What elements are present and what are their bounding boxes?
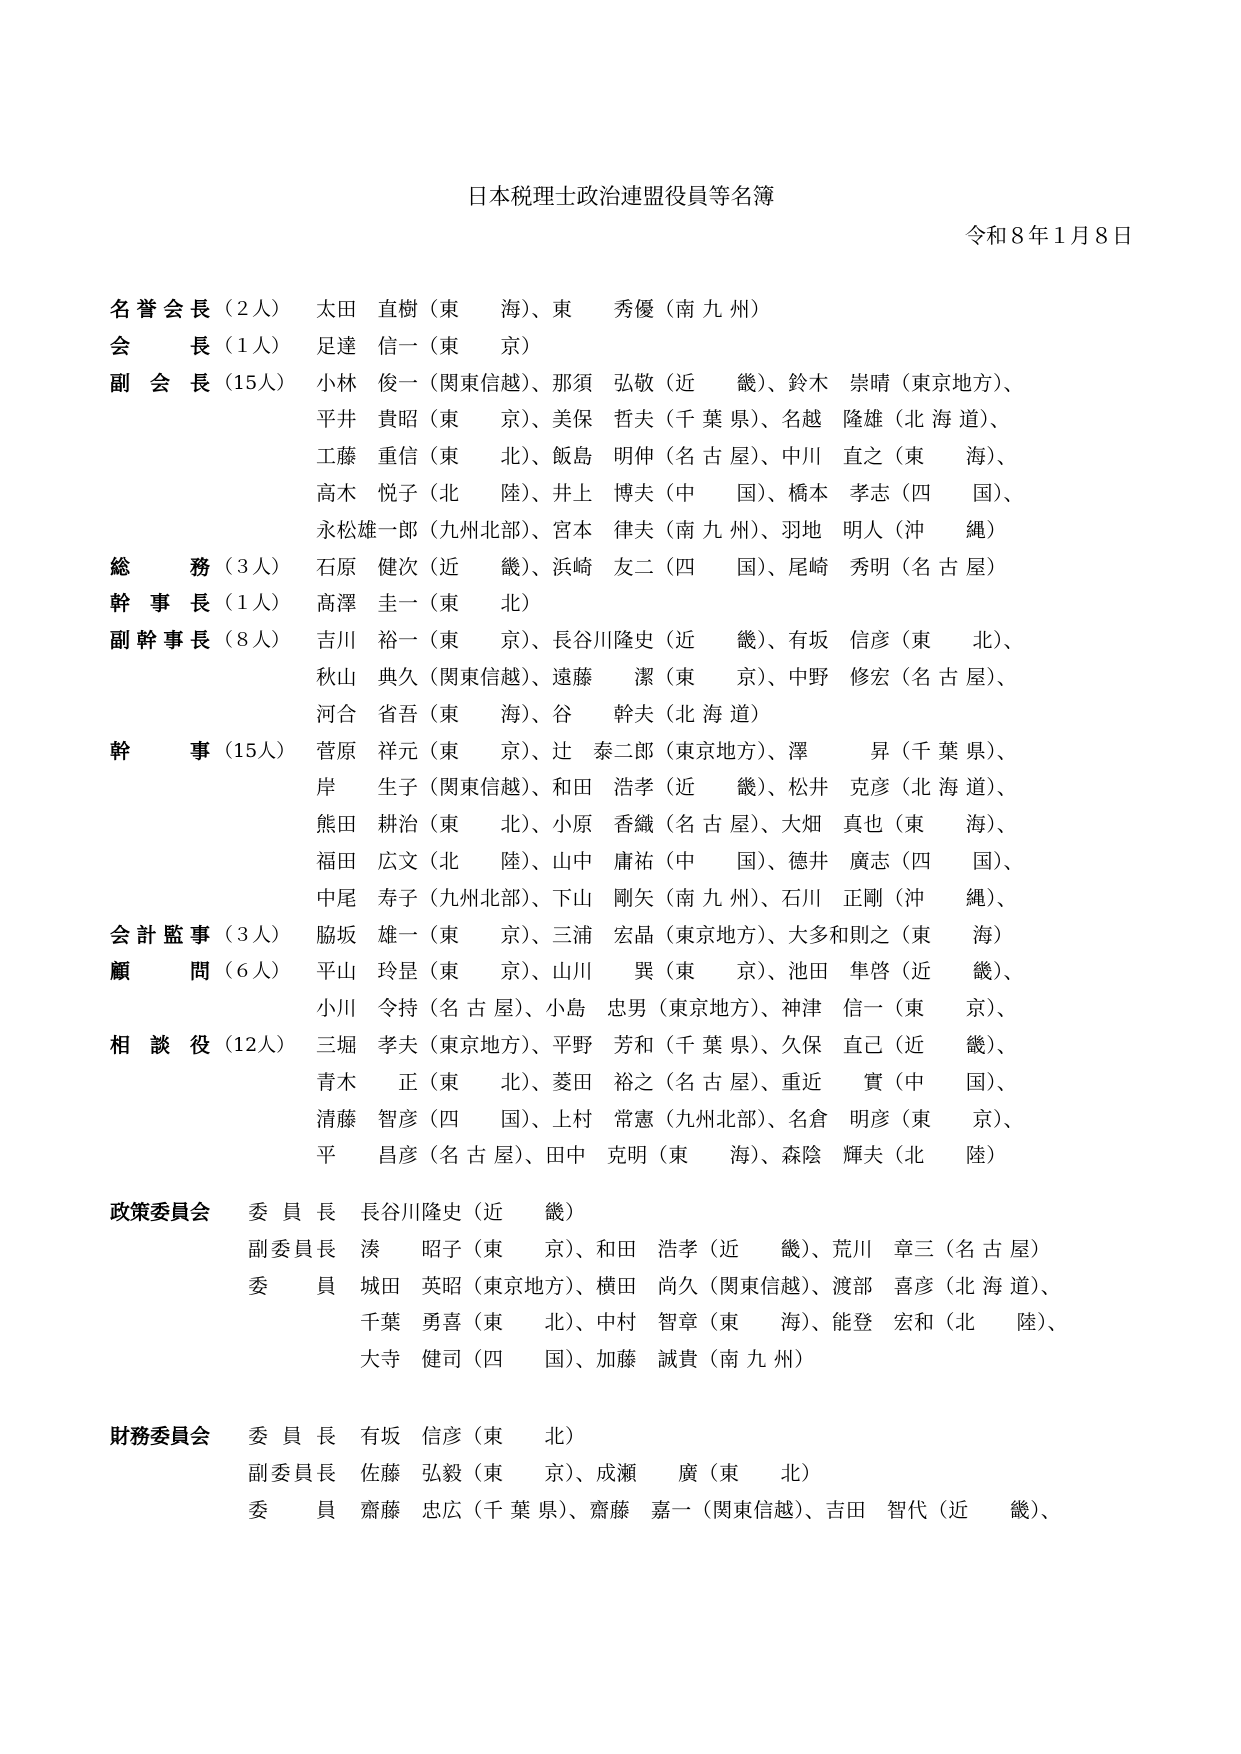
officer-row: 永松雄一郎（九州北部）、宮本 律夫（南 九 州）、羽地 明人（沖 縄） [110,512,1150,549]
officer-row: 会長（１人）足達 信一（東 京） [110,328,1150,365]
committee-members: 齋藤 忠広（千 葉 県）、齋藤 嘉一（関東信越）、吉田 智代（近 畿）、 [360,1492,1061,1529]
committee-name: 政策委員会 [110,1194,220,1231]
committee-members: 佐藤 弘毅（東 京）、成瀬 廣（東 北） [360,1455,822,1492]
officer-members: 小林 俊一（関東信越）、那須 弘敬（近 畿）、鈴木 崇晴（東京地方）、 [316,365,1024,402]
officer-members: 太田 直樹（東 海）、東 秀優（南 九 州） [316,291,771,328]
officer-members: 石原 健次（近 畿）、浜崎 友二（四 国）、尾崎 秀明（名 古 屋） [316,549,1007,586]
officer-members: 中尾 寿子（九州北部）、下山 剛矢（南 九 州）、石川 正剛（沖 縄）、 [316,880,1017,917]
committee-role: 委員長 [248,1194,336,1231]
committee-role: 副委員長 [248,1455,336,1492]
committee-row: 大寺 健司（四 国）、加藤 誠貴（南 九 州） [110,1341,1150,1378]
officer-role: 総務 [110,549,210,586]
committee-row: 委員齋藤 忠広（千 葉 県）、齋藤 嘉一（関東信越）、吉田 智代（近 畿）、 [110,1492,1150,1529]
officer-role: 幹事 [110,733,210,770]
officer-row: 岸 生子（関東信越）、和田 浩孝（近 畿）、松井 克彦（北 海 道）、 [110,769,1150,806]
officer-row: 清藤 智彦（四 国）、上村 常憲（九州北部）、名倉 明彦（東 京）、 [110,1101,1150,1138]
officer-role: 名誉会長 [110,291,210,328]
committee-role: 委員 [248,1268,336,1305]
document-title: 日本税理士政治連盟役員等名簿 [0,180,1241,211]
officer-row: 河合 省吾（東 海）、谷 幹夫（北 海 道） [110,696,1150,733]
officer-row: 相談役（12人）三堀 孝夫（東京地方）、平野 芳和（千 葉 県）、久保 直己（近… [110,1027,1150,1064]
officer-role: 会計監事 [110,917,210,954]
officer-members: 秋山 典久（関東信越）、遠藤 潔（東 京）、中野 修宏（名 古 屋）、 [316,659,1017,696]
officer-members: 髙澤 圭一（東 北） [316,585,542,622]
officer-members: 平 昌彦（名 古 屋）、田中 克明（東 海）、森陰 輝夫（北 陸） [316,1137,1007,1174]
officer-role: 顧問 [110,953,210,990]
officer-members: 清藤 智彦（四 国）、上村 常憲（九州北部）、名倉 明彦（東 京）、 [316,1101,1024,1138]
officer-members: 熊田 耕治（東 北）、小原 香織（名 古 屋）、大畑 真也（東 海）、 [316,806,1017,843]
officer-row: 平 昌彦（名 古 屋）、田中 克明（東 海）、森陰 輝夫（北 陸） [110,1137,1150,1174]
officer-count: （６人） [214,953,290,990]
officer-row: 幹事（15人）菅原 祥元（東 京）、辻 泰二郎（東京地方）、澤 昇（千 葉 県）… [110,733,1150,770]
officer-role: 副会長 [110,365,210,402]
officer-row: 幹事長（１人）髙澤 圭一（東 北） [110,585,1150,622]
officer-row: 工藤 重信（東 北）、飯島 明伸（名 古 屋）、中川 直之（東 海）、 [110,438,1150,475]
officer-role: 相談役 [110,1027,210,1064]
officer-roster: 名誉会長（２人）太田 直樹（東 海）、東 秀優（南 九 州）会長（１人）足達 信… [110,291,1150,1174]
officer-members: 平山 玲昰（東 京）、山川 巽（東 京）、池田 隼啓（近 畿）、 [316,953,1024,990]
officer-members: 菅原 祥元（東 京）、辻 泰二郎（東京地方）、澤 昇（千 葉 県）、 [316,733,1017,770]
officer-members: 岸 生子（関東信越）、和田 浩孝（近 畿）、松井 克彦（北 海 道）、 [316,769,1017,806]
officer-members: 河合 省吾（東 海）、谷 幹夫（北 海 道） [316,696,771,733]
officer-row: 名誉会長（２人）太田 直樹（東 海）、東 秀優（南 九 州） [110,291,1150,328]
officer-count: （８人） [214,622,290,659]
committee-row: 千葉 勇喜（東 北）、中村 智章（東 海）、能登 宏和（北 陸）、 [110,1304,1150,1341]
officer-role: 会長 [110,328,210,365]
officer-role: 幹事長 [110,585,210,622]
officer-row: 秋山 典久（関東信越）、遠藤 潔（東 京）、中野 修宏（名 古 屋）、 [110,659,1150,696]
committee-row: 副委員長佐藤 弘毅（東 京）、成瀬 廣（東 北） [110,1455,1150,1492]
officer-count: （１人） [214,585,290,622]
officer-members: 平井 貴昭（東 京）、美保 哲夫（千 葉 県）、名越 隆雄（北 海 道）、 [316,401,1010,438]
officer-row: 顧問（６人）平山 玲昰（東 京）、山川 巽（東 京）、池田 隼啓（近 畿）、 [110,953,1150,990]
officer-row: 小川 令持（名 古 屋）、小島 忠男（東京地方）、神津 信一（東 京）、 [110,990,1150,1027]
officer-members: 青木 正（東 北）、菱田 裕之（名 古 屋）、重近 實（中 国）、 [316,1064,1017,1101]
officer-members: 永松雄一郎（九州北部）、宮本 律夫（南 九 州）、羽地 明人（沖 縄） [316,512,1007,549]
committee-block: 財務委員会委員長有坂 信彦（東 北）副委員長佐藤 弘毅（東 京）、成瀬 廣（東 … [110,1418,1150,1528]
committee-row: 財務委員会委員長有坂 信彦（東 北） [110,1418,1150,1455]
committee-role: 委員 [248,1492,336,1529]
officer-row: 会計監事（３人）脇坂 雄一（東 京）、三浦 宏晶（東京地方）、大多和則之（東 海… [110,917,1150,954]
committee-block: 政策委員会委員長長谷川隆史（近 畿）副委員長湊 昭子（東 京）、和田 浩孝（近 … [110,1194,1150,1378]
committee-name: 財務委員会 [110,1418,220,1455]
officer-row: 中尾 寿子（九州北部）、下山 剛矢（南 九 州）、石川 正剛（沖 縄）、 [110,880,1150,917]
officer-row: 平井 貴昭（東 京）、美保 哲夫（千 葉 県）、名越 隆雄（北 海 道）、 [110,401,1150,438]
committee-row: 政策委員会委員長長谷川隆史（近 畿） [110,1194,1150,1231]
officer-row: 総務（３人）石原 健次（近 畿）、浜崎 友二（四 国）、尾崎 秀明（名 古 屋） [110,549,1150,586]
officer-members: 脇坂 雄一（東 京）、三浦 宏晶（東京地方）、大多和則之（東 海） [316,917,1014,954]
officer-role: 副幹事長 [110,622,210,659]
officer-row: 青木 正（東 北）、菱田 裕之（名 古 屋）、重近 實（中 国）、 [110,1064,1150,1101]
officer-members: 高木 悦子（北 陸）、井上 博夫（中 国）、橋本 孝志（四 国）、 [316,475,1024,512]
officer-members: 小川 令持（名 古 屋）、小島 忠男（東京地方）、神津 信一（東 京）、 [316,990,1017,1027]
committee-members: 千葉 勇喜（東 北）、中村 智章（東 海）、能登 宏和（北 陸）、 [360,1304,1068,1341]
officer-count: （２人） [214,291,290,328]
committee-row: 委員城田 英昭（東京地方）、横田 尚久（関東信越）、渡部 喜彦（北 海 道）、 [110,1268,1150,1305]
committee-members: 城田 英昭（東京地方）、横田 尚久（関東信越）、渡部 喜彦（北 海 道）、 [360,1268,1061,1305]
officer-row: 熊田 耕治（東 北）、小原 香織（名 古 屋）、大畑 真也（東 海）、 [110,806,1150,843]
officer-row: 副会長（15人）小林 俊一（関東信越）、那須 弘敬（近 畿）、鈴木 崇晴（東京地… [110,365,1150,402]
officer-members: 足達 信一（東 京） [316,328,542,365]
committee-members: 湊 昭子（東 京）、和田 浩孝（近 畿）、荒川 章三（名 古 屋） [360,1231,1051,1268]
officer-members: 工藤 重信（東 北）、飯島 明伸（名 古 屋）、中川 直之（東 海）、 [316,438,1017,475]
officer-count: （３人） [214,917,290,954]
officer-row: 高木 悦子（北 陸）、井上 博夫（中 国）、橋本 孝志（四 国）、 [110,475,1150,512]
officer-members: 吉川 裕一（東 京）、長谷川隆史（近 畿）、有坂 信彦（東 北）、 [316,622,1024,659]
officer-count: （15人） [214,365,295,402]
committee-row: 副委員長湊 昭子（東 京）、和田 浩孝（近 畿）、荒川 章三（名 古 屋） [110,1231,1150,1268]
officer-row: 副幹事長（８人）吉川 裕一（東 京）、長谷川隆史（近 畿）、有坂 信彦（東 北）… [110,622,1150,659]
committee-role: 委員長 [248,1418,336,1455]
document-date: 令和８年１月８日 [965,220,1133,250]
committee-members: 長谷川隆史（近 畿） [360,1194,586,1231]
officer-count: （12人） [214,1027,295,1064]
officer-count: （３人） [214,549,290,586]
committee-members: 大寺 健司（四 国）、加藤 誠貴（南 九 州） [360,1341,815,1378]
officer-row: 福田 広文（北 陸）、山中 庸祐（中 国）、德井 廣志（四 国）、 [110,843,1150,880]
committee-members: 有坂 信彦（東 北） [360,1418,586,1455]
officer-members: 福田 広文（北 陸）、山中 庸祐（中 国）、德井 廣志（四 国）、 [316,843,1024,880]
officer-members: 三堀 孝夫（東京地方）、平野 芳和（千 葉 県）、久保 直己（近 畿）、 [316,1027,1017,1064]
officer-count: （15人） [214,733,295,770]
committee-role: 副委員長 [248,1231,336,1268]
officer-count: （１人） [214,328,290,365]
